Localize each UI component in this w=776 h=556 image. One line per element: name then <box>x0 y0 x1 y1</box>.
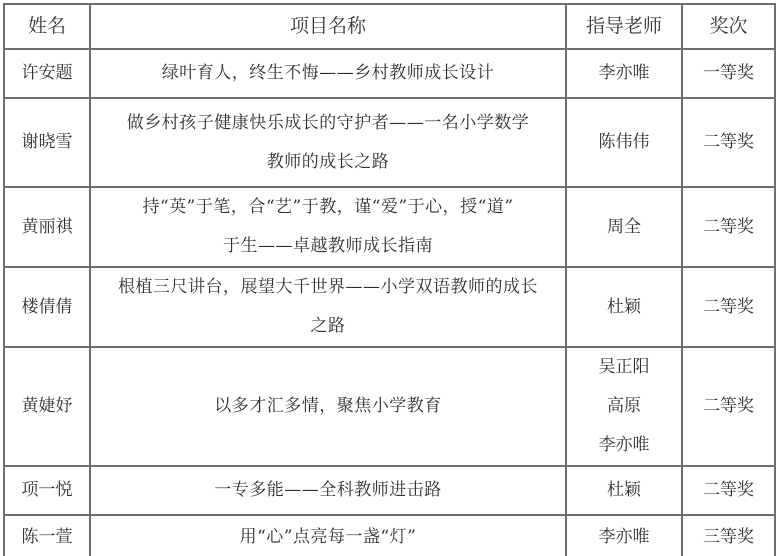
advisor-name: 杜颖 <box>573 471 675 510</box>
project-line: 用“心”点亮每一盏“灯” <box>97 518 559 556</box>
project-line: 以多才汇多情，聚焦小学教育 <box>97 387 559 426</box>
cell-project: 用“心”点亮每一盏“灯” <box>90 515 566 556</box>
cell-project: 持“英”于笔，合“艺”于教，谨“爱”于心，授“道” 于生——卓越教师成长指南 <box>90 187 566 267</box>
header-project: 项目名称 <box>90 4 566 49</box>
cell-award: 二等奖 <box>682 187 775 267</box>
advisor-name: 高原 <box>573 387 675 426</box>
project-line: 根植三尺讲台，展望大千世界——小学双语教师的成长 <box>97 268 559 307</box>
cell-award: 二等奖 <box>682 347 775 466</box>
table-row: 黄丽祺 持“英”于笔，合“艺”于教，谨“爱”于心，授“道” 于生——卓越教师成长… <box>4 187 775 267</box>
cell-advisor: 杜颖 <box>566 466 682 515</box>
cell-name: 陈一萱 <box>4 515 90 556</box>
awards-table: 姓名 项目名称 指导老师 奖次 许安题 绿叶育人，终生不悔——乡村教师成长设计 … <box>3 3 776 556</box>
cell-project: 根植三尺讲台，展望大千世界——小学双语教师的成长 之路 <box>90 267 566 347</box>
cell-award: 二等奖 <box>682 267 775 347</box>
cell-advisor: 李亦唯 <box>566 515 682 556</box>
cell-project: 做乡村孩子健康快乐成长的守护者——一名小学数学 教师的成长之路 <box>90 98 566 187</box>
cell-advisor: 吴正阳 高原 李亦唯 <box>566 347 682 466</box>
cell-name: 楼倩倩 <box>4 267 90 347</box>
cell-award: 二等奖 <box>682 466 775 515</box>
table-row: 楼倩倩 根植三尺讲台，展望大千世界——小学双语教师的成长 之路 杜颖 二等奖 <box>4 267 775 347</box>
advisor-name: 李亦唯 <box>573 426 675 465</box>
cell-name: 黄婕妤 <box>4 347 90 466</box>
cell-advisor: 陈伟伟 <box>566 98 682 187</box>
header-advisor: 指导老师 <box>566 4 682 49</box>
cell-name: 谢晓雪 <box>4 98 90 187</box>
project-line: 做乡村孩子健康快乐成长的守护者——一名小学数学 <box>97 104 559 143</box>
advisor-name: 李亦唯 <box>573 518 675 556</box>
project-line: 于生——卓越教师成长指南 <box>97 227 559 266</box>
cell-project: 以多才汇多情，聚焦小学教育 <box>90 347 566 466</box>
advisor-name: 周全 <box>573 208 675 247</box>
cell-name: 黄丽祺 <box>4 187 90 267</box>
header-name: 姓名 <box>4 4 90 49</box>
project-line: 教师的成长之路 <box>97 143 559 182</box>
table-row: 许安题 绿叶育人，终生不悔——乡村教师成长设计 李亦唯 一等奖 <box>4 49 775 98</box>
cell-project: 绿叶育人，终生不悔——乡村教师成长设计 <box>90 49 566 98</box>
cell-award: 一等奖 <box>682 49 775 98</box>
table-row: 黄婕妤 以多才汇多情，聚焦小学教育 吴正阳 高原 李亦唯 二等奖 <box>4 347 775 466</box>
project-line: 绿叶育人，终生不悔——乡村教师成长设计 <box>97 54 559 93</box>
advisor-name: 吴正阳 <box>573 348 675 387</box>
cell-advisor: 周全 <box>566 187 682 267</box>
cell-project: 一专多能——全科教师进击路 <box>90 466 566 515</box>
project-line: 一专多能——全科教师进击路 <box>97 471 559 510</box>
cell-name: 项一悦 <box>4 466 90 515</box>
cell-award: 三等奖 <box>682 515 775 556</box>
project-line: 持“英”于笔，合“艺”于教，谨“爱”于心，授“道” <box>97 188 559 227</box>
table-row: 陈一萱 用“心”点亮每一盏“灯” 李亦唯 三等奖 <box>4 515 775 556</box>
table-row: 谢晓雪 做乡村孩子健康快乐成长的守护者——一名小学数学 教师的成长之路 陈伟伟 … <box>4 98 775 187</box>
cell-advisor: 杜颖 <box>566 267 682 347</box>
project-line: 之路 <box>97 307 559 346</box>
advisor-name: 陈伟伟 <box>573 123 675 162</box>
table-header-row: 姓名 项目名称 指导老师 奖次 <box>4 4 775 49</box>
cell-award: 二等奖 <box>682 98 775 187</box>
advisor-name: 李亦唯 <box>573 54 675 93</box>
header-award: 奖次 <box>682 4 775 49</box>
table-row: 项一悦 一专多能——全科教师进击路 杜颖 二等奖 <box>4 466 775 515</box>
advisor-name: 杜颖 <box>573 288 675 327</box>
cell-advisor: 李亦唯 <box>566 49 682 98</box>
cell-name: 许安题 <box>4 49 90 98</box>
